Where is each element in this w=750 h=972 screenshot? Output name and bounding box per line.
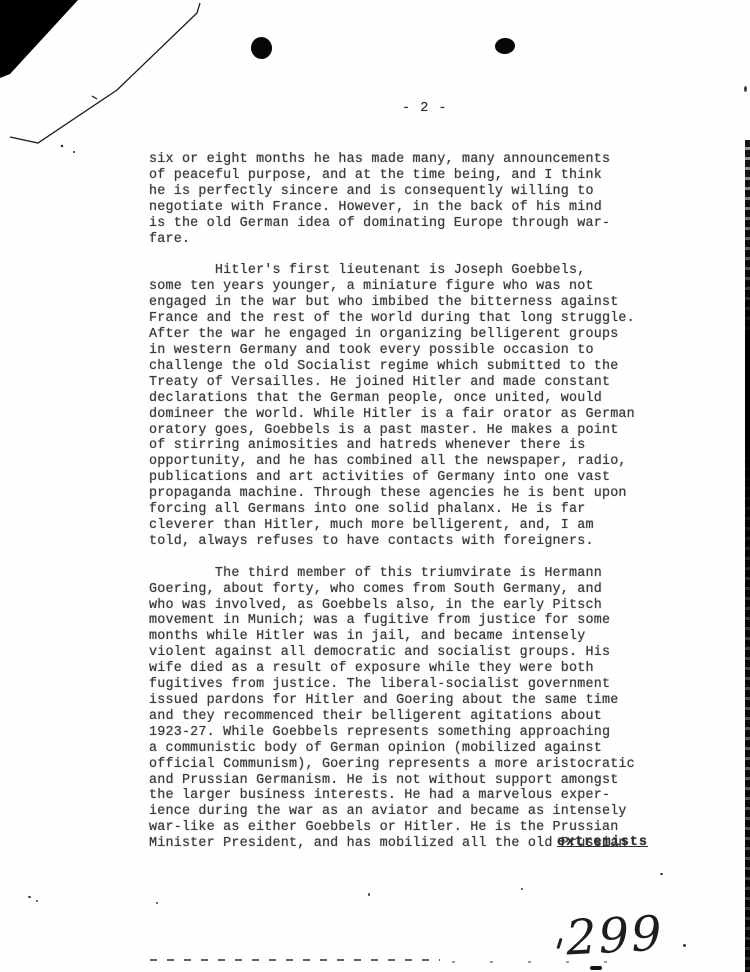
- scan-speck: [368, 893, 370, 896]
- page-number: - 2 -: [402, 101, 448, 116]
- scan-speck: [521, 888, 523, 890]
- paragraph-2: Hitler's first lieutenant is Joseph Goeb…: [149, 263, 649, 549]
- dotted-scan-trail-faint: [452, 961, 622, 963]
- scan-speck: [660, 873, 663, 875]
- scan-speck: [28, 896, 31, 898]
- folded-corner-artifact: [0, 0, 230, 170]
- paragraph-3: The third member of this triumvirate is …: [149, 566, 649, 852]
- typed-text-block: six or eight months he has made many, ma…: [149, 152, 649, 868]
- scan-speck: [434, 188, 436, 190]
- scan-speck: [744, 86, 747, 92]
- dotted-scan-trail: [150, 959, 440, 961]
- paragraph-1: six or eight months he has made many, ma…: [149, 152, 649, 247]
- handwritten-number: 299: [565, 905, 665, 966]
- scanned-document-page: { "document": { "page_label": "- 2 -", "…: [0, 0, 750, 972]
- scan-speck: [36, 900, 38, 902]
- scan-speck: [156, 902, 158, 904]
- scan-speck: [683, 944, 686, 947]
- scan-speck: [590, 966, 602, 970]
- scan-edge-right: [745, 140, 750, 972]
- catchword: extremists: [557, 835, 648, 850]
